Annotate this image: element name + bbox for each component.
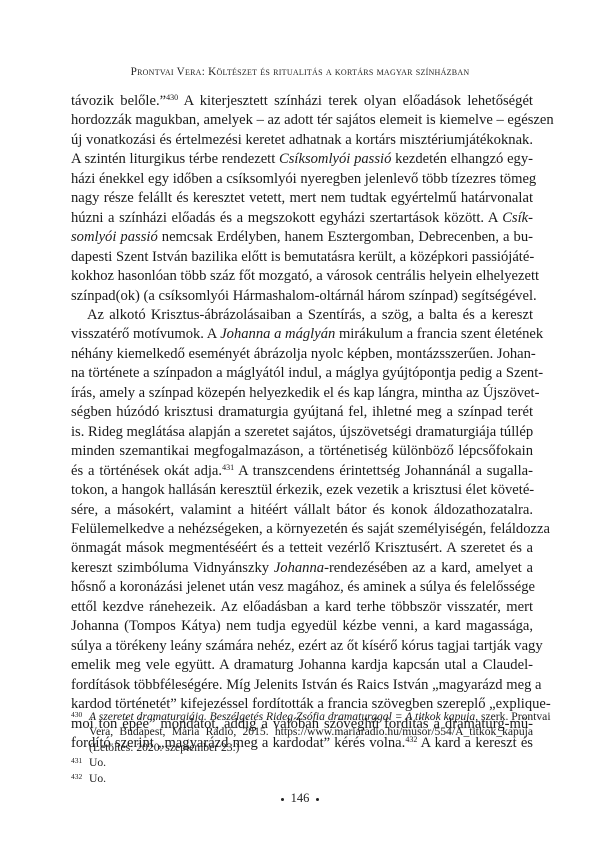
text-line: emelik meg vele együtt. A dramaturg Joha…: [71, 656, 533, 675]
page-number: 146: [291, 791, 310, 805]
page-number-footer: 146: [0, 791, 600, 806]
footnote-reference[interactable]: 431: [222, 463, 234, 472]
text-line: távozik belőle.”430 A kiterjesztett szín…: [71, 92, 533, 111]
text-line: Az alkotó Krisztus-ábrázolásaiban a Szen…: [71, 306, 533, 325]
text-line: ségben húzódó krisztusi dramaturgia gyúj…: [71, 403, 533, 422]
text-line: hősnő a koronázási jelenet után vesz mag…: [71, 578, 533, 597]
italic-title: somlyói passió: [71, 229, 158, 245]
text-line: ettől kezdve ránehezeik. Az előadásban a…: [71, 598, 533, 617]
text-line: is. Rideg meglátása alapján a szeretet s…: [71, 423, 533, 442]
italic-title: Johanna a máglyán: [220, 326, 335, 342]
footnote: 432Uo.: [71, 771, 533, 786]
text-line: néhány kiemelkedő eseményét ábrázolja ny…: [71, 345, 533, 364]
text-line: sére, a másokért, valamint a hitéért vál…: [71, 501, 533, 520]
document-page: Prontvai Vera: Költészet és ritualitás a…: [0, 0, 600, 859]
italic-title: Csíksomlyói passió: [279, 151, 391, 167]
text-line: új vonatkozási és értelmezési keretet ad…: [71, 131, 533, 150]
text-line: na története a színpadon a máglyától ind…: [71, 364, 533, 383]
text-line: somlyói passió nemcsak Erdélyben, hanem …: [71, 228, 533, 247]
text-line: kereszt szimbóluma Vidnyánszky Johanna-r…: [71, 559, 533, 578]
footnotes: 430A szeretet dramaturgiája. Beszélgetés…: [71, 709, 533, 786]
text-line: dapesti Szent István bazilika előtt is b…: [71, 248, 533, 267]
text-line: hordozzák magukban, amelyek – az adott t…: [71, 111, 533, 130]
text-line: kokhoz hasonlóan több száz főt mozgató, …: [71, 267, 533, 286]
text-line: nagy része felállt és keresztet vetett, …: [71, 189, 533, 208]
text-line: A szintén liturgikus térbe rendezett Csí…: [71, 150, 533, 169]
text-line: fordítások többféleségére. Míg Jelenits …: [71, 676, 533, 695]
footnote: 430A szeretet dramaturgiája. Beszélgetés…: [71, 709, 533, 755]
italic-title: Csík-: [502, 210, 533, 226]
footnote-reference[interactable]: 430: [166, 93, 178, 102]
footnote-line: Uo.: [89, 755, 533, 770]
running-head: Prontvai Vera: Költészet és ritualitás a…: [0, 66, 600, 78]
text-line: húzni a színházi előadás és a megszokott…: [71, 209, 533, 228]
text-line: és a történések okát adja.431 A transzce…: [71, 462, 533, 481]
text-line: súlya a törékeny leány számára nehéz, ez…: [71, 637, 533, 656]
paragraph: távozik belőle.”430 A kiterjesztett szín…: [71, 92, 533, 306]
footnote-number: 432: [71, 771, 82, 783]
footnote-number: 431: [71, 755, 82, 767]
italic-title: Johanna: [274, 560, 324, 576]
italic-title: A szeretet dramaturgiája. Beszélgetés Ri…: [89, 710, 478, 723]
text-line: színpad(ok) (a csíksomlyói Hármashalom-o…: [71, 287, 533, 306]
text-line: visszatérő motívumok. A Johanna a máglyá…: [71, 325, 533, 344]
text-line: önmagát mások megmentéséért és a tetteit…: [71, 539, 533, 558]
bullet-right-icon: [316, 798, 319, 801]
text-line: Felülemelkedve a nehézségeken, a környez…: [71, 520, 533, 539]
text-line: Johanna (Tompos Kátya) nem tudja egyedül…: [71, 617, 533, 636]
text-line: házi énekkel egy időben a csíksomlyói ny…: [71, 170, 533, 189]
text-line: minden szemantikai megfogalmazáson, a tö…: [71, 442, 533, 461]
footnote-line: Vera, Budapest, Mária Rádió, 2015. https…: [89, 724, 533, 739]
text-line: tokon, a hangok hallásán keresztül érkez…: [71, 481, 533, 500]
footnote-line: A szeretet dramaturgiája. Beszélgetés Ri…: [89, 709, 533, 724]
footnote-line: (Letöltés: 2020. szeptember 23.): [89, 740, 533, 755]
footnote-number: 430: [71, 709, 82, 721]
footnote: 431Uo.: [71, 755, 533, 770]
body-text: távozik belőle.”430 A kiterjesztett szín…: [71, 92, 533, 753]
text-line: írás, amely a színpad közepén helyezkedi…: [71, 384, 533, 403]
footnote-line: Uo.: [89, 771, 533, 786]
bullet-left-icon: [281, 798, 284, 801]
paragraph: Az alkotó Krisztus-ábrázolásaiban a Szen…: [71, 306, 533, 753]
